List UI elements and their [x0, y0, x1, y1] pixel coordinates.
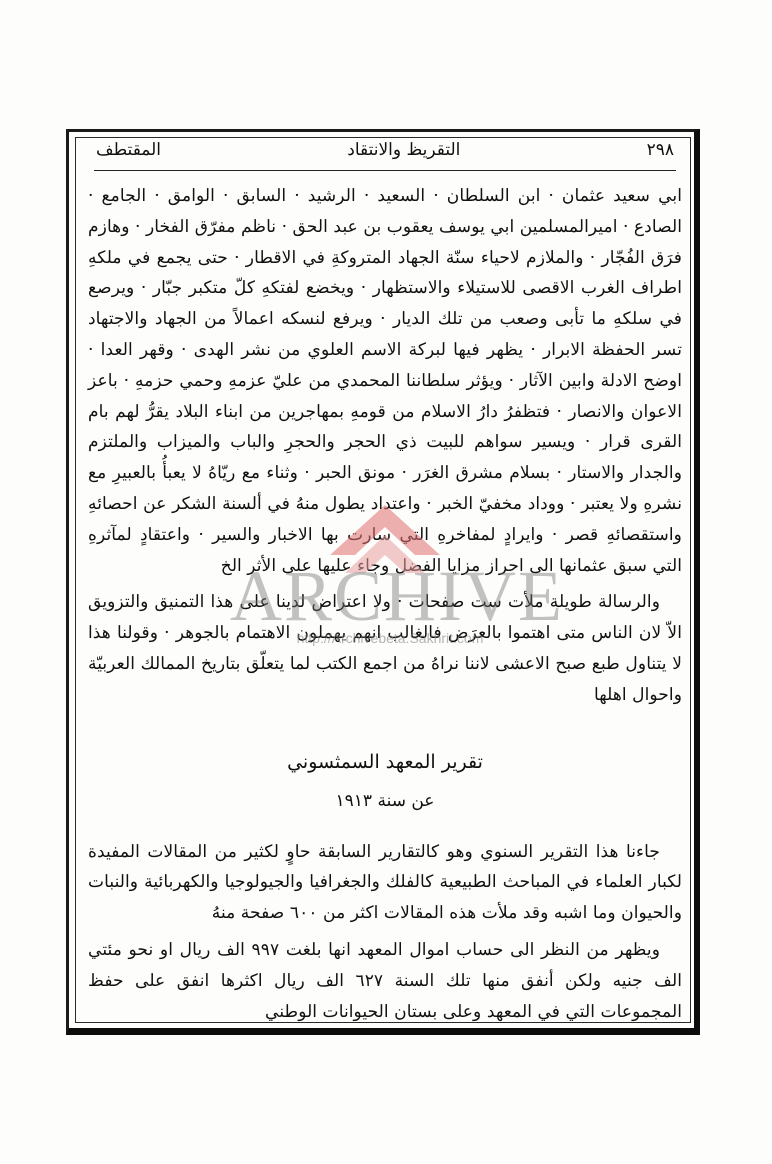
report-paragraph-1: جاءنا هذا التقرير السنوي وهو كالتقارير ا…: [88, 837, 682, 929]
section-running-title: التقريظ والانتقاد: [347, 140, 460, 160]
section-title: تقرير المعهد السمثسوني: [88, 747, 682, 777]
journal-name: المقتطف: [96, 140, 161, 160]
report-paragraph-2: ويظهر من النظر الى حساب اموال المعهد انه…: [88, 935, 682, 1027]
running-head: ٢٩٨ التقريظ والانتقاد المقتطف: [88, 140, 682, 170]
section-subtitle: عن سنة ١٩١٣: [88, 787, 682, 815]
scanned-page: ٢٩٨ التقريظ والانتقاد المقتطف ابي سعيد ع…: [0, 0, 772, 1164]
review-comment-paragraph: والرسالة طويلة ملأت ست صفحات · ولا اعترا…: [88, 587, 682, 710]
page-content: ٢٩٨ التقريظ والانتقاد المقتطف ابي سعيد ع…: [88, 140, 682, 1027]
letter-excerpt-paragraph: ابي سعيد عثمان · ابن السلطان · السعيد · …: [88, 181, 682, 581]
page-number: ٢٩٨: [647, 140, 674, 160]
header-rule: [94, 170, 676, 171]
